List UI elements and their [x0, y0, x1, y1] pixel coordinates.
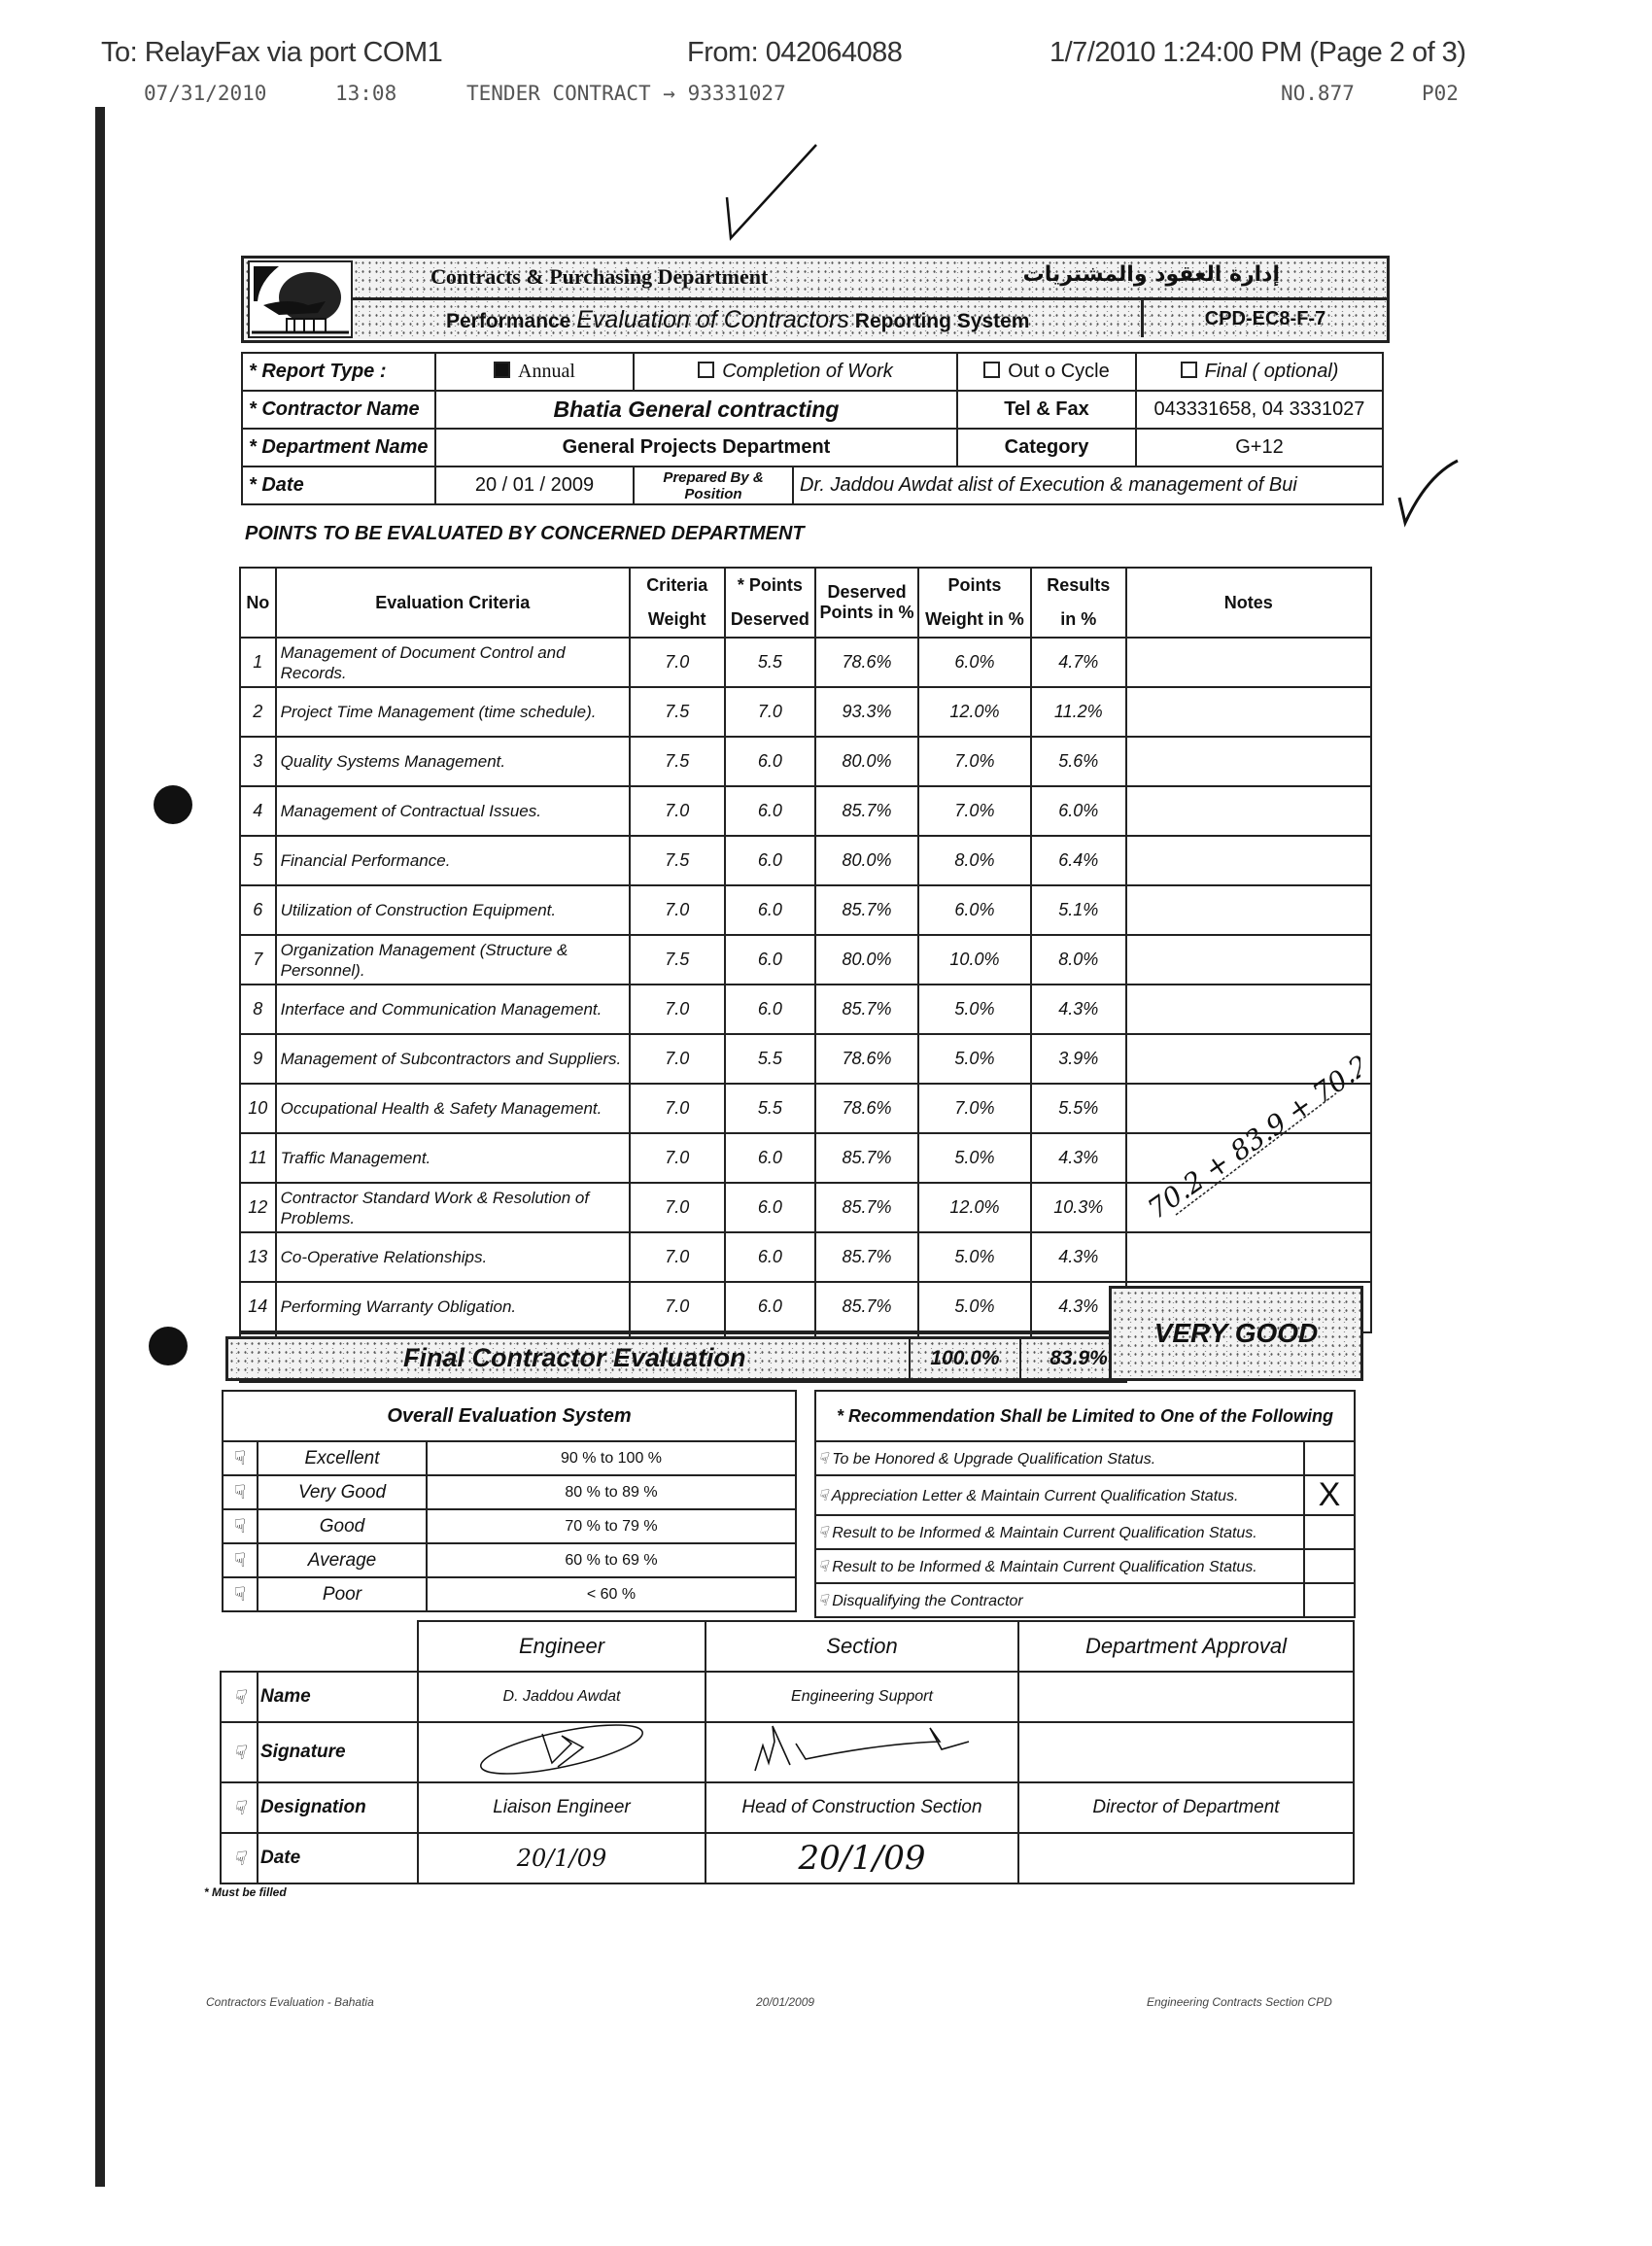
- fax-sub-page: P02: [1422, 82, 1459, 105]
- date-row-label: Date: [258, 1833, 418, 1883]
- grade-label: Excellent: [258, 1441, 427, 1475]
- points-deserved: 6.0: [725, 1183, 816, 1232]
- form-title-main: Evaluation of Contractors: [576, 306, 849, 333]
- criteria-no: 8: [240, 985, 276, 1034]
- points-deserved: 6.0: [725, 885, 816, 935]
- table-row: 7Organization Management (Structure & Pe…: [240, 935, 1371, 985]
- criteria-no: 5: [240, 836, 276, 885]
- signature-label: Signature: [258, 1722, 418, 1782]
- grade-range: 60 % to 69 %: [427, 1543, 796, 1577]
- signoff-table: Engineer Section Department Approval ☟ N…: [220, 1620, 1355, 1884]
- grade-range: 70 % to 79 %: [427, 1509, 796, 1543]
- points-deserved: 6.0: [725, 1133, 816, 1183]
- criteria-weight: 7.0: [630, 985, 725, 1034]
- notes-cell: [1126, 885, 1371, 935]
- final-evaluation-bar: Final Contractor Evaluation 100.0% 83.9%: [225, 1336, 1137, 1381]
- grade-range: 80 % to 89 %: [427, 1475, 796, 1509]
- result-pct: 6.0%: [1031, 786, 1126, 836]
- criteria-weight: 7.0: [630, 1183, 725, 1232]
- final-weight: 100.0%: [909, 1339, 1019, 1378]
- recommendation-row: ☟ Disqualifying the Contractor: [815, 1583, 1355, 1617]
- report-type-completion[interactable]: Completion of Work: [634, 353, 957, 391]
- evaluation-grade-row: ☟Good70 % to 79 %: [223, 1509, 796, 1543]
- recommendation-mark[interactable]: [1304, 1441, 1355, 1475]
- criteria-weight: 7.0: [630, 1232, 725, 1282]
- overall-evaluation-system-table: Overall Evaluation System ☟Excellent90 %…: [222, 1390, 797, 1612]
- result-pct: 6.4%: [1031, 836, 1126, 885]
- department-designation: Director of Department: [1018, 1782, 1354, 1833]
- section-designation: Head of Construction Section: [706, 1782, 1018, 1833]
- criteria-no: 3: [240, 737, 276, 786]
- recommendation-mark[interactable]: X: [1304, 1475, 1355, 1515]
- category-label: Category: [957, 429, 1136, 466]
- col-points: * PointsDeserved: [725, 568, 816, 638]
- engineer-date: 20/1/09: [418, 1833, 706, 1883]
- tel-fax-value: 043331658, 04 3331027: [1136, 391, 1383, 429]
- col-deserved-pct: Deserved Points in %: [815, 568, 918, 638]
- prepared-by-value: Dr. Jaddou Awdat alist of Execution & ma…: [793, 466, 1383, 504]
- report-type-annual[interactable]: Annual: [435, 353, 634, 391]
- section-title: POINTS TO BE EVALUATED BY CONCERNED DEPA…: [245, 523, 805, 545]
- signature-scribble-icon: [465, 1724, 659, 1775]
- col-notes: Notes: [1126, 568, 1371, 638]
- report-type-final[interactable]: Final ( optional): [1136, 353, 1383, 391]
- hand-pointer-icon: ☟: [221, 1672, 258, 1722]
- criteria-name: Management of Document Control and Recor…: [276, 638, 630, 687]
- criteria-no: 6: [240, 885, 276, 935]
- notes-cell: [1126, 687, 1371, 737]
- col-results: Resultsin %: [1031, 568, 1126, 638]
- recommendation-row: ☟ To be Honored & Upgrade Qualification …: [815, 1441, 1355, 1475]
- checkbox-checked-icon: [494, 362, 510, 378]
- recommendation-row: ☟ Result to be Informed & Maintain Curre…: [815, 1549, 1355, 1583]
- table-row: 4Management of Contractual Issues.7.06.0…: [240, 786, 1371, 836]
- recommendation-option: ☟ To be Honored & Upgrade Qualification …: [815, 1441, 1304, 1475]
- criteria-weight: 7.0: [630, 638, 725, 687]
- criteria-name: Management of Contractual Issues.: [276, 786, 630, 836]
- points-weight-pct: 7.0%: [918, 737, 1031, 786]
- points-deserved: 5.5: [725, 1084, 816, 1133]
- notes-cell: [1126, 985, 1371, 1034]
- col-department-approval: Department Approval: [1018, 1621, 1354, 1672]
- evaluation-system-title: Overall Evaluation System: [223, 1391, 796, 1441]
- points-deserved: 6.0: [725, 1232, 816, 1282]
- form-banner: Contracts & Purchasing Department إدارة …: [241, 256, 1390, 343]
- deserved-points-pct: 85.7%: [815, 1133, 918, 1183]
- criteria-no: 12: [240, 1183, 276, 1232]
- form-title-prefix: Performance: [446, 310, 570, 332]
- recommendation-option: ☟ Appreciation Letter & Maintain Current…: [815, 1475, 1304, 1515]
- report-type-label: * Report Type :: [242, 353, 435, 391]
- table-row: 1Management of Document Control and Reco…: [240, 638, 1371, 687]
- hand-pointer-icon: ☟: [223, 1441, 258, 1475]
- final-rating-box: VERY GOOD: [1109, 1286, 1363, 1381]
- deserved-points-pct: 78.6%: [815, 1034, 918, 1084]
- criteria-name: Traffic Management.: [276, 1133, 630, 1183]
- fax-to: To: RelayFax via port COM1: [101, 37, 442, 69]
- table-row: 2Project Time Management (time schedule)…: [240, 687, 1371, 737]
- result-pct: 4.3%: [1031, 985, 1126, 1034]
- recommendation-mark[interactable]: [1304, 1549, 1355, 1583]
- department-title: Contracts & Purchasing Department: [430, 264, 768, 290]
- tel-fax-label: Tel & Fax: [957, 391, 1136, 429]
- points-deserved: 6.0: [725, 786, 816, 836]
- handwritten-check-icon: [719, 141, 826, 243]
- department-date: [1018, 1833, 1354, 1883]
- criteria-weight: 7.5: [630, 935, 725, 985]
- table-row: 6Utilization of Construction Equipment.7…: [240, 885, 1371, 935]
- grade-range: 90 % to 100 %: [427, 1441, 796, 1475]
- points-weight-pct: 6.0%: [918, 885, 1031, 935]
- form-title-suffix: Reporting System: [855, 310, 1030, 332]
- points-weight-pct: 12.0%: [918, 1183, 1031, 1232]
- recommendation-option: ☟ Result to be Informed & Maintain Curre…: [815, 1549, 1304, 1583]
- points-deserved: 6.0: [725, 935, 816, 985]
- contractor-name-value: Bhatia General contracting: [435, 391, 957, 429]
- hand-pointer-icon: ☟: [818, 1525, 828, 1541]
- table-row: 8Interface and Communication Management.…: [240, 985, 1371, 1034]
- prepared-by-label: Prepared By & Position: [634, 466, 793, 504]
- evaluation-grade-row: ☟Very Good80 % to 89 %: [223, 1475, 796, 1509]
- checkbox-empty-icon: [983, 362, 1000, 378]
- engineer-name: D. Jaddou Awdat: [418, 1672, 706, 1722]
- notes-cell: [1126, 836, 1371, 885]
- table-row: 5Financial Performance.7.56.080.0%8.0%6.…: [240, 836, 1371, 885]
- points-weight-pct: 8.0%: [918, 836, 1031, 885]
- result-pct: 5.1%: [1031, 885, 1126, 935]
- notes-cell: [1126, 935, 1371, 985]
- col-engineer: Engineer: [418, 1621, 706, 1672]
- result-pct: 5.6%: [1031, 737, 1126, 786]
- col-points-weight: PointsWeight in %: [918, 568, 1031, 638]
- deserved-points-pct: 93.3%: [815, 687, 918, 737]
- designation-label: Designation: [258, 1782, 418, 1833]
- fax-sub-route: TENDER CONTRACT → 93331027: [466, 82, 786, 105]
- result-pct: 10.3%: [1031, 1183, 1126, 1232]
- notes-cell: [1126, 737, 1371, 786]
- points-deserved: 5.5: [725, 1034, 816, 1084]
- criteria-weight: 7.5: [630, 737, 725, 786]
- criteria-weight: 7.0: [630, 1133, 725, 1183]
- points-weight-pct: 12.0%: [918, 687, 1031, 737]
- grade-range: < 60 %: [427, 1577, 796, 1611]
- department-name-label: * Department Name: [242, 429, 435, 466]
- recommendation-row: ☟ Appreciation Letter & Maintain Current…: [815, 1475, 1355, 1515]
- date-value: 20 / 01 / 2009: [435, 466, 634, 504]
- checkbox-empty-icon: [1181, 362, 1197, 378]
- criteria-weight: 7.5: [630, 836, 725, 885]
- recommendation-table: * Recommendation Shall be Limited to One…: [814, 1390, 1356, 1618]
- criteria-name: Project Time Management (time schedule).: [276, 687, 630, 737]
- result-pct: 4.7%: [1031, 638, 1126, 687]
- criteria-no: 7: [240, 935, 276, 985]
- points-deserved: 6.0: [725, 737, 816, 786]
- points-deserved: 6.0: [725, 1282, 816, 1332]
- points-weight-pct: 7.0%: [918, 1084, 1031, 1133]
- criteria-name: Contractor Standard Work & Resolution of…: [276, 1183, 630, 1232]
- hand-pointer-icon: ☟: [818, 1593, 828, 1609]
- points-deserved: 6.0: [725, 985, 816, 1034]
- evaluation-grade-row: ☟Poor< 60 %: [223, 1577, 796, 1611]
- hand-pointer-icon: ☟: [223, 1577, 258, 1611]
- criteria-weight: 7.0: [630, 885, 725, 935]
- handwritten-note: 70.2 + 83.9 + 70.2 / 3 = 74.9 %: [1142, 1050, 1360, 1226]
- report-info-table: * Report Type : Annual Completion of Wor…: [241, 352, 1384, 505]
- hand-pointer-icon: ☟: [818, 1488, 828, 1504]
- criteria-name: Management of Subcontractors and Supplie…: [276, 1034, 630, 1084]
- grade-label: Good: [258, 1509, 427, 1543]
- criteria-name: Interface and Communication Management.: [276, 985, 630, 1034]
- hand-pointer-icon: ☟: [223, 1509, 258, 1543]
- criteria-no: 2: [240, 687, 276, 737]
- hand-pointer-icon: ☟: [818, 1451, 828, 1468]
- points-deserved: 5.5: [725, 638, 816, 687]
- criteria-weight: 7.0: [630, 1282, 725, 1332]
- section-name: Engineering Support: [706, 1672, 1018, 1722]
- punch-hole: [149, 1327, 188, 1365]
- criteria-weight: 7.5: [630, 687, 725, 737]
- section-date: 20/1/09: [706, 1833, 1018, 1883]
- department-name-value: General Projects Department: [435, 429, 957, 466]
- criteria-no: 9: [240, 1034, 276, 1084]
- date-label: * Date: [242, 466, 435, 504]
- notes-cell: [1126, 786, 1371, 836]
- must-be-filled-note: * Must be filled: [204, 1885, 287, 1899]
- recommendation-mark[interactable]: [1304, 1583, 1355, 1617]
- criteria-weight: 7.0: [630, 1034, 725, 1084]
- grade-label: Average: [258, 1543, 427, 1577]
- result-pct: 11.2%: [1031, 687, 1126, 737]
- criteria-name: Co-Operative Relationships.: [276, 1232, 630, 1282]
- deserved-points-pct: 78.6%: [815, 638, 918, 687]
- points-weight-pct: 6.0%: [918, 638, 1031, 687]
- criteria-no: 4: [240, 786, 276, 836]
- report-type-out-of-cycle[interactable]: Out o Cycle: [957, 353, 1136, 391]
- grade-label: Poor: [258, 1577, 427, 1611]
- engineer-designation: Liaison Engineer: [418, 1782, 706, 1833]
- result-pct: 8.0%: [1031, 935, 1126, 985]
- criteria-no: 13: [240, 1232, 276, 1282]
- form-title: Performance Evaluation of Contractors Re…: [446, 306, 1029, 334]
- punch-hole: [154, 785, 192, 824]
- hand-pointer-icon: ☟: [221, 1782, 258, 1833]
- hand-pointer-icon: ☟: [221, 1722, 258, 1782]
- fax-from: From: 042064088: [687, 37, 902, 69]
- col-weight: CriteriaWeight: [630, 568, 725, 638]
- category-value: G+12: [1136, 429, 1383, 466]
- hand-pointer-icon: ☟: [223, 1475, 258, 1509]
- result-pct: 3.9%: [1031, 1034, 1126, 1084]
- form-code: CPD-EC8-F-7: [1141, 300, 1387, 337]
- criteria-no: 1: [240, 638, 276, 687]
- points-deserved: 6.0: [725, 836, 816, 885]
- criteria-weight: 7.0: [630, 1084, 725, 1133]
- criteria-no: 11: [240, 1133, 276, 1183]
- deserved-points-pct: 85.7%: [815, 985, 918, 1034]
- engineer-signature: [418, 1722, 706, 1782]
- result-pct: 4.3%: [1031, 1133, 1126, 1183]
- evaluation-grade-row: ☟Average60 % to 69 %: [223, 1543, 796, 1577]
- recommendation-option: ☟ Result to be Informed & Maintain Curre…: [815, 1515, 1304, 1549]
- grade-label: Very Good: [258, 1475, 427, 1509]
- deserved-points-pct: 85.7%: [815, 885, 918, 935]
- fax-datetime-page: 1/7/2010 1:24:00 PM (Page 2 of 3): [1050, 37, 1465, 69]
- department-name: [1018, 1672, 1354, 1722]
- criteria-name: Occupational Health & Safety Management.: [276, 1084, 630, 1133]
- footer-right: Engineering Contracts Section CPD: [1147, 1995, 1332, 2009]
- criteria-name: Organization Management (Structure & Per…: [276, 935, 630, 985]
- deserved-points-pct: 85.7%: [815, 786, 918, 836]
- points-weight-pct: 5.0%: [918, 1232, 1031, 1282]
- criteria-name: Utilization of Construction Equipment.: [276, 885, 630, 935]
- hand-pointer-icon: ☟: [221, 1833, 258, 1883]
- handwritten-check-icon: [1397, 457, 1465, 530]
- points-weight-pct: 5.0%: [918, 1282, 1031, 1332]
- criteria-name: Financial Performance.: [276, 836, 630, 885]
- department-signature: [1018, 1722, 1354, 1782]
- criteria-name: Performing Warranty Obligation.: [276, 1282, 630, 1332]
- fax-sub-number: NO.877: [1281, 82, 1355, 105]
- table-row: 3Quality Systems Management.7.56.080.0%7…: [240, 737, 1371, 786]
- fax-sub-time: 13:08: [335, 82, 396, 105]
- name-label: Name: [258, 1672, 418, 1722]
- notes-cell: [1126, 638, 1371, 687]
- result-pct: 4.3%: [1031, 1232, 1126, 1282]
- recommendation-option: ☟ Disqualifying the Contractor: [815, 1583, 1304, 1617]
- recommendation-row: ☟ Result to be Informed & Maintain Curre…: [815, 1515, 1355, 1549]
- signature-scribble-icon: [736, 1724, 988, 1775]
- points-weight-pct: 5.0%: [918, 1133, 1031, 1183]
- section-signature: [706, 1722, 1018, 1782]
- contractor-name-label: * Contractor Name: [242, 391, 435, 429]
- handwritten-calculation: 70.2 + 83.9 + 70.2 / 3 = 74.9 %: [1118, 1050, 1360, 1254]
- criteria-name: Quality Systems Management.: [276, 737, 630, 786]
- deserved-points-pct: 85.7%: [815, 1183, 918, 1232]
- recommendation-mark[interactable]: [1304, 1515, 1355, 1549]
- deserved-points-pct: 80.0%: [815, 836, 918, 885]
- department-logo: [248, 260, 353, 338]
- footer-center: 20/01/2009: [756, 1995, 814, 2009]
- final-evaluation-label: Final Contractor Evaluation: [403, 1343, 746, 1373]
- evaluation-grade-row: ☟Excellent90 % to 100 %: [223, 1441, 796, 1475]
- checkbox-empty-icon: [698, 362, 714, 378]
- logo-emblem-icon: [250, 262, 351, 336]
- deserved-points-pct: 80.0%: [815, 737, 918, 786]
- deserved-points-pct: 80.0%: [815, 935, 918, 985]
- points-weight-pct: 10.0%: [918, 935, 1031, 985]
- col-section: Section: [706, 1621, 1018, 1672]
- fax-sub-date: 07/31/2010: [144, 82, 266, 105]
- hand-pointer-icon: ☟: [223, 1543, 258, 1577]
- criteria-no: 10: [240, 1084, 276, 1133]
- points-weight-pct: 7.0%: [918, 786, 1031, 836]
- deserved-points-pct: 85.7%: [815, 1282, 918, 1332]
- deserved-points-pct: 85.7%: [815, 1232, 918, 1282]
- footer-left: Contractors Evaluation - Bahatia: [206, 1995, 374, 2009]
- criteria-weight: 7.0: [630, 786, 725, 836]
- col-criteria: Evaluation Criteria: [276, 568, 630, 638]
- scan-edge-bar: [95, 107, 105, 2187]
- recommendation-title: * Recommendation Shall be Limited to One…: [815, 1391, 1355, 1441]
- deserved-points-pct: 78.6%: [815, 1084, 918, 1133]
- department-title-arabic: إدارة العقود والمشتريات: [1023, 262, 1280, 287]
- result-pct: 5.5%: [1031, 1084, 1126, 1133]
- hand-pointer-icon: ☟: [818, 1559, 828, 1575]
- evaluation-criteria-table: No Evaluation Criteria CriteriaWeight * …: [239, 567, 1372, 1383]
- col-no: No: [240, 568, 276, 638]
- criteria-no: 14: [240, 1282, 276, 1332]
- final-rating: VERY GOOD: [1154, 1318, 1319, 1349]
- points-weight-pct: 5.0%: [918, 1034, 1031, 1084]
- points-deserved: 7.0: [725, 687, 816, 737]
- points-weight-pct: 5.0%: [918, 985, 1031, 1034]
